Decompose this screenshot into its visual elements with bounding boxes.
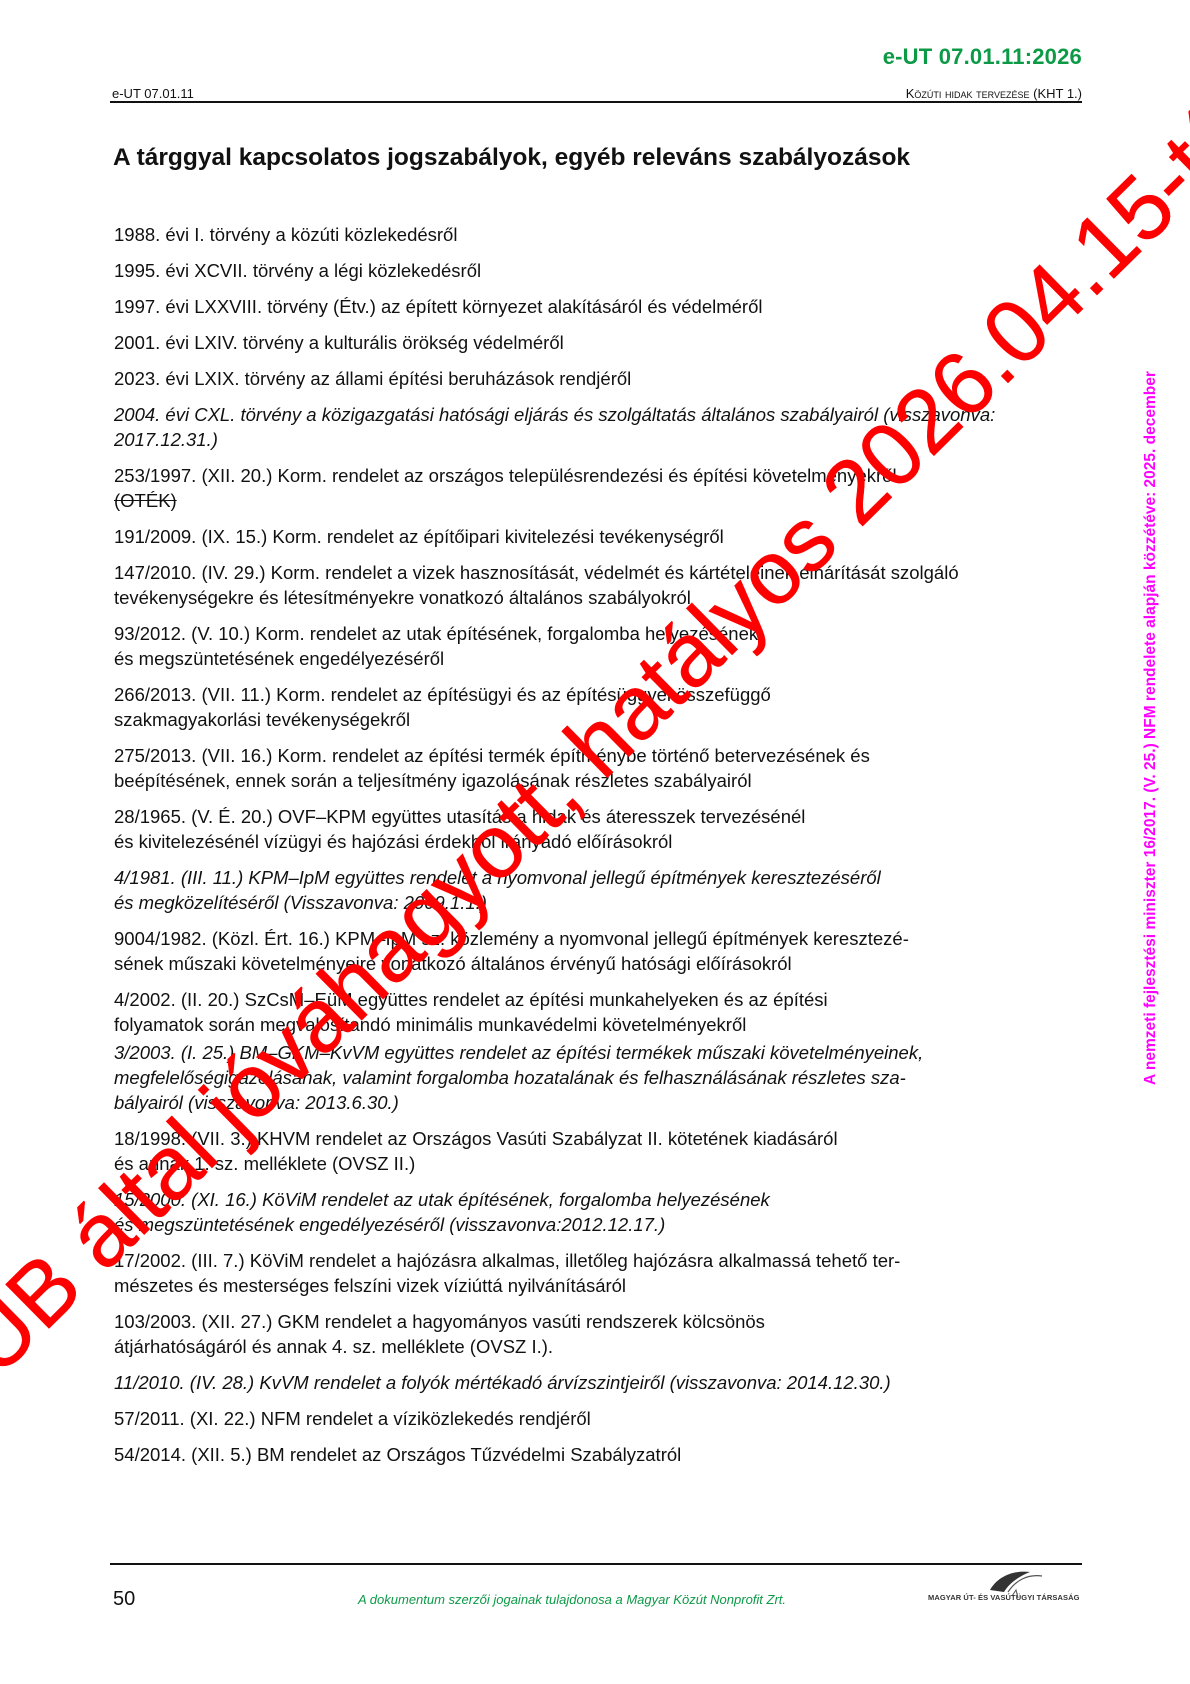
regulation-item: 1997. évi LXXVIII. törvény (Étv.) az épí… bbox=[114, 294, 1074, 319]
regulation-item: 266/2013. (VII. 11.) Korm. rendelet az é… bbox=[114, 682, 1074, 732]
regulation-item: 2023. évi LXIX. törvény az állami építés… bbox=[114, 366, 1074, 391]
regulation-item: 191/2009. (IX. 15.) Korm. rendelet az ép… bbox=[114, 524, 1074, 549]
regulation-item: 54/2014. (XII. 5.) BM rendelet az Ország… bbox=[114, 1442, 1074, 1467]
header-doc-title: Közúti hidak tervezése (KHT 1.) bbox=[906, 86, 1082, 101]
regulation-item: 4/2002. (II. 20.) SzCsM–EüM együttes ren… bbox=[114, 987, 1074, 1037]
regulation-item: 275/2013. (VII. 16.) Korm. rendelet az é… bbox=[114, 743, 1074, 793]
footer-copyright: A dokumentum szerzői jogainak tulajdonos… bbox=[358, 1592, 786, 1607]
regulation-item: 1995. évi XCVII. törvény a légi közleked… bbox=[114, 258, 1074, 283]
page-number: 50 bbox=[113, 1588, 135, 1611]
regulation-list: 1988. évi I. törvény a közúti közlekedés… bbox=[114, 222, 1074, 1478]
page-title: A tárggyal kapcsolatos jogszabályok, egy… bbox=[113, 144, 910, 172]
regulation-item: 253/1997. (XII. 20.) Korm. rendelet az o… bbox=[114, 463, 1074, 513]
standard-code: e-UT 07.01.11:2026 bbox=[883, 44, 1082, 70]
regulation-item: 11/2010. (IV. 28.) KvVM rendelet a folyó… bbox=[114, 1370, 1074, 1395]
regulation-item: 28/1965. (V. É. 20.) OVF–KPM együttes ut… bbox=[114, 804, 1074, 854]
regulation-item: 9004/1982. (Közl. Ért. 16.) KPM–IpM sz. … bbox=[114, 926, 1074, 976]
regulation-item: 18/1998. (VII. 3.) KHVM rendelet az Orsz… bbox=[114, 1126, 1074, 1176]
header-divider bbox=[110, 101, 1082, 103]
society-logo: MAGYAR ÚT- ÉS VASÚTÜGYI TÁRSASÁG bbox=[928, 1568, 1088, 1618]
struck-abbreviation: (OTÉK) bbox=[114, 490, 177, 511]
regulation-item: 17/2002. (III. 7.) KöViM rendelet a hajó… bbox=[114, 1248, 1074, 1298]
regulation-item: 2001. évi LXIV. törvény a kulturális örö… bbox=[114, 330, 1074, 355]
regulation-item: 3/2003. (I. 25.) BM–GKM–KvVM együttes re… bbox=[114, 1040, 1074, 1115]
regulation-item: 15/2000. (XI. 16.) KöViM rendelet az uta… bbox=[114, 1187, 1074, 1237]
regulation-item: 1988. évi I. törvény a közúti közlekedés… bbox=[114, 222, 1074, 247]
regulation-item: 2004. évi CXL. törvény a közigazgatási h… bbox=[114, 402, 1074, 452]
footer-divider bbox=[110, 1563, 1082, 1565]
logo-text: MAGYAR ÚT- ÉS VASÚTÜGYI TÁRSASÁG bbox=[928, 1593, 1080, 1602]
publication-side-note: A nemzeti fejlesztési miniszter 16/2017.… bbox=[1142, 371, 1160, 1085]
regulation-item: 4/1981. (III. 11.) KPM–IpM együttes rend… bbox=[114, 865, 1074, 915]
regulation-item: 103/2003. (XII. 27.) GKM rendelet a hagy… bbox=[114, 1309, 1074, 1359]
regulation-item: 93/2012. (V. 10.) Korm. rendelet az utak… bbox=[114, 621, 1074, 671]
header-doc-id: e-UT 07.01.11 bbox=[112, 86, 194, 101]
regulation-item: 57/2011. (XI. 22.) NFM rendelet a vízikö… bbox=[114, 1406, 1074, 1431]
regulation-item: 147/2010. (IV. 29.) Korm. rendelet a viz… bbox=[114, 560, 1074, 610]
